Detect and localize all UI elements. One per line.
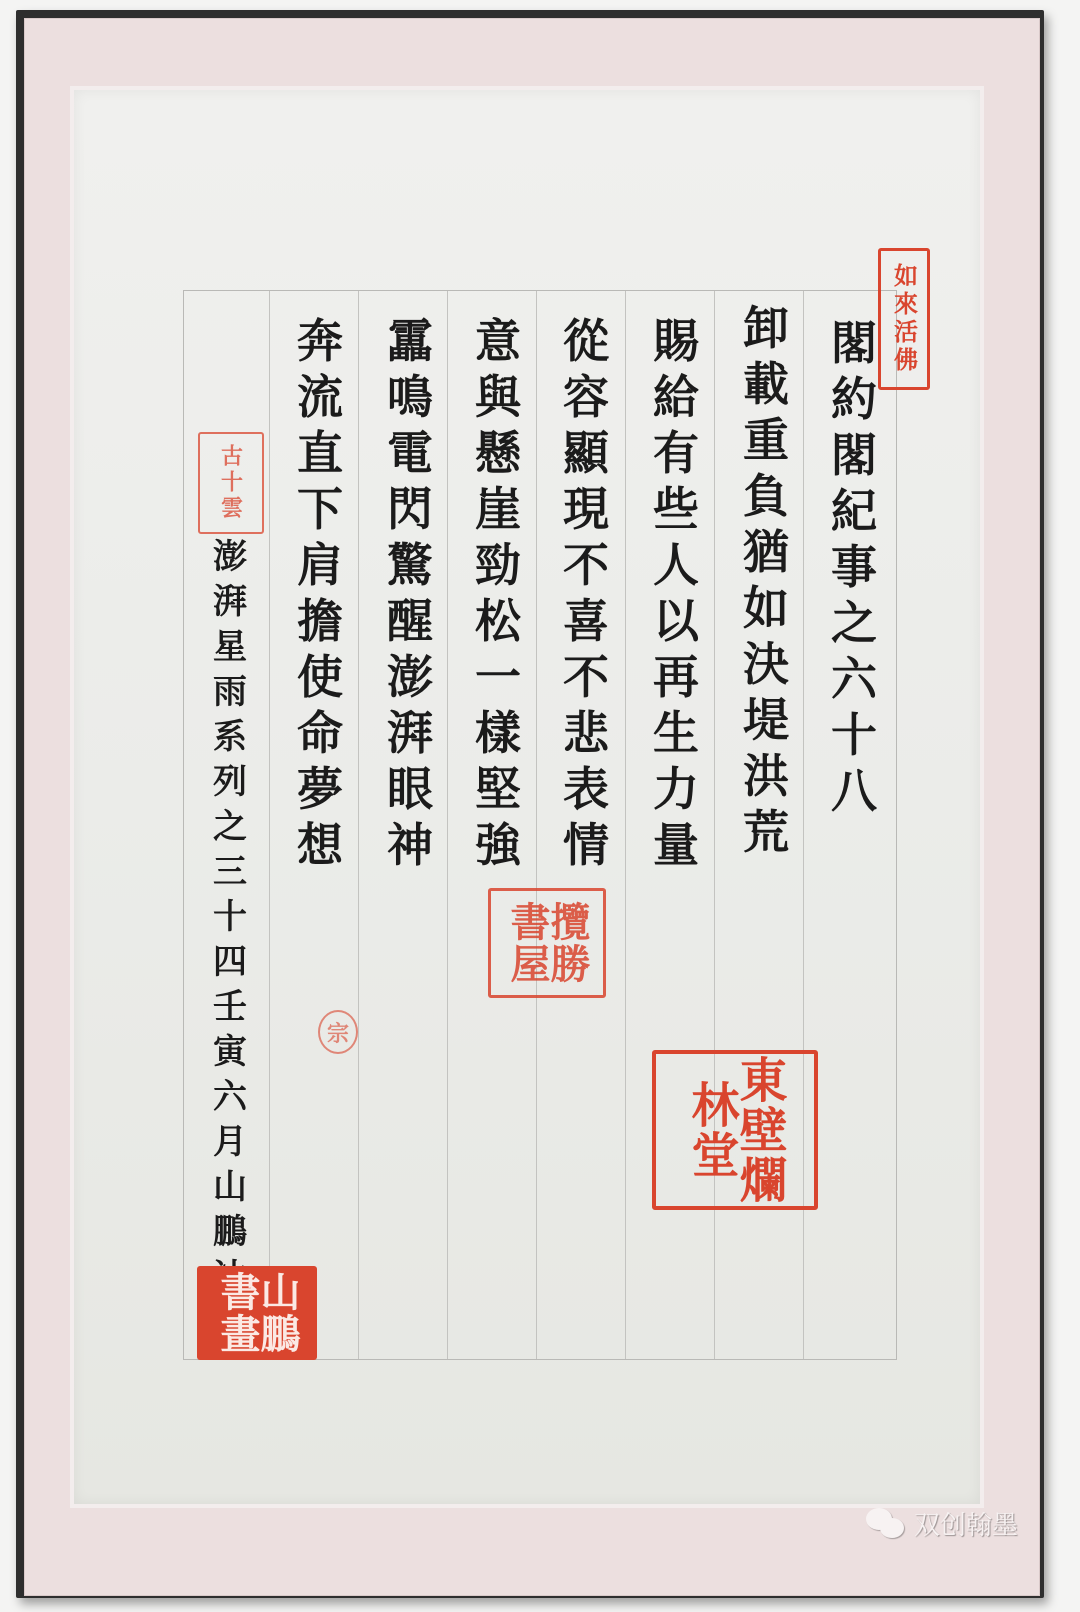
calligraphy-char: 閣 xyxy=(831,320,877,376)
calligraphy-char: 肩 xyxy=(297,542,343,598)
calligraphy-char: 樣 xyxy=(475,710,521,766)
calligraphy-char: 星 xyxy=(213,630,247,675)
calligraphy-char: 電 xyxy=(387,430,433,486)
calligraphy-char: 意 xyxy=(475,318,521,374)
calligraphy-char: 洪 xyxy=(743,753,789,809)
calligraphy-char: 湃 xyxy=(387,710,433,766)
seal-large-square: 東壁爛林堂 xyxy=(652,1050,818,1210)
text-column-6: 靁鳴電閃驚醒澎湃眼神 xyxy=(380,318,440,878)
seal-mid-left: 古十雲 xyxy=(198,432,264,534)
seal-text: 攬勝書屋 xyxy=(507,893,587,993)
calligraphy-char: 閣 xyxy=(831,432,877,488)
calligraphy-char: 人 xyxy=(653,542,699,598)
calligraphy-char: 些 xyxy=(653,486,699,542)
calligraphy-char: 現 xyxy=(563,486,609,542)
calligraphy-char: 閃 xyxy=(387,486,433,542)
seal-text: 如來活佛 xyxy=(887,263,922,375)
calligraphy-char: 列 xyxy=(213,765,247,810)
calligraphy-char: 六 xyxy=(213,1080,247,1125)
text-column-4: 從容顯現不喜不悲表情 xyxy=(556,318,616,878)
calligraphy-char: 三 xyxy=(213,855,247,900)
calligraphy-char: 澎 xyxy=(387,654,433,710)
calligraphy-char: 再 xyxy=(653,654,699,710)
calligraphy-char: 事 xyxy=(831,544,877,600)
calligraphy-char: 下 xyxy=(297,486,343,542)
seal-small-round: 宗 xyxy=(318,1010,358,1054)
calligraphy-char: 十 xyxy=(831,712,877,768)
seal-bottom-left: 山鵬書畫 xyxy=(197,1266,317,1360)
calligraphy-char: 如 xyxy=(743,585,789,641)
calligraphy-char: 雨 xyxy=(213,675,247,720)
calligraphy-char: 荒 xyxy=(743,809,789,865)
calligraphy-char: 生 xyxy=(653,710,699,766)
calligraphy-char: 流 xyxy=(297,374,343,430)
seal-text: 宗 xyxy=(327,1017,349,1048)
calligraphy-char: 不 xyxy=(563,542,609,598)
calligraphy-char: 十 xyxy=(213,900,247,945)
calligraphy-char: 之 xyxy=(213,810,247,855)
calligraphy-char: 紀 xyxy=(831,488,877,544)
calligraphy-char: 神 xyxy=(387,822,433,878)
calligraphy-char: 量 xyxy=(653,822,699,878)
calligraphy-char: 四 xyxy=(213,945,247,990)
calligraphy-char: 之 xyxy=(831,600,877,656)
calligraphy-char: 堤 xyxy=(743,697,789,753)
grid-line xyxy=(625,291,626,1359)
text-column-5: 意與懸崖勁松一樣堅強 xyxy=(468,318,528,878)
calligraphy-char: 崖 xyxy=(475,486,521,542)
calligraphy-char: 驚 xyxy=(387,542,433,598)
calligraphy-char: 從 xyxy=(563,318,609,374)
calligraphy-char: 八 xyxy=(831,768,877,824)
calligraphy-char: 勁 xyxy=(475,542,521,598)
grid-line xyxy=(358,291,359,1359)
text-column-3: 賜給有些人以再生力量 xyxy=(646,318,706,878)
calligraphy-char: 重 xyxy=(743,417,789,473)
calligraphy-char: 賜 xyxy=(653,318,699,374)
calligraphy-char: 鵬 xyxy=(213,1215,247,1260)
calligraphy-char: 松 xyxy=(475,598,521,654)
calligraphy-char: 表 xyxy=(563,766,609,822)
calligraphy-char: 強 xyxy=(475,822,521,878)
seal-top-right: 如來活佛 xyxy=(878,248,930,390)
watermark-text: 双创翰墨 xyxy=(914,1505,1018,1542)
calligraphy-char: 湃 xyxy=(213,585,247,630)
grid-line xyxy=(536,291,537,1359)
calligraphy-char: 與 xyxy=(475,374,521,430)
signature-column: 澎湃星雨系列之三十四壬寅六月山鵬沐手 xyxy=(205,540,255,1350)
calligraphy-char: 使 xyxy=(297,654,343,710)
grid-line xyxy=(269,291,270,1359)
calligraphy-char: 堅 xyxy=(475,766,521,822)
calligraphy-char: 奔 xyxy=(297,318,343,374)
calligraphy-char: 顯 xyxy=(563,430,609,486)
calligraphy-char: 情 xyxy=(563,822,609,878)
seal-text: 古十雲 xyxy=(216,444,247,522)
calligraphy-char: 懸 xyxy=(475,430,521,486)
calligraphy-char: 有 xyxy=(653,430,699,486)
calligraphy-char: 命 xyxy=(297,710,343,766)
calligraphy-char: 直 xyxy=(297,430,343,486)
calligraphy-char: 擔 xyxy=(297,598,343,654)
seal-center: 攬勝書屋 xyxy=(488,888,606,998)
calligraphy-char: 鳴 xyxy=(387,374,433,430)
calligraphy-char: 約 xyxy=(831,376,877,432)
calligraphy-char: 眼 xyxy=(387,766,433,822)
calligraphy-char: 想 xyxy=(297,822,343,878)
watermark: 双创翰墨 xyxy=(866,1505,1018,1542)
text-column-1: 閣約閣紀事之六十八 xyxy=(824,320,884,824)
calligraphy-char: 猶 xyxy=(743,529,789,585)
calligraphy-char: 醒 xyxy=(387,598,433,654)
calligraphy-char: 六 xyxy=(831,656,877,712)
calligraphy-char: 一 xyxy=(475,654,521,710)
calligraphy-char: 系 xyxy=(213,720,247,765)
calligraphy-char: 力 xyxy=(653,766,699,822)
calligraphy-char: 不 xyxy=(563,654,609,710)
text-column-2: 卸載重負猶如決堤洪荒 xyxy=(736,305,796,865)
calligraphy-char: 澎 xyxy=(213,540,247,585)
calligraphy-char: 山 xyxy=(213,1170,247,1215)
seal-text: 山鵬書畫 xyxy=(217,1269,297,1357)
calligraphy-char: 給 xyxy=(653,374,699,430)
calligraphy-char: 以 xyxy=(653,598,699,654)
calligraphy-char: 夢 xyxy=(297,766,343,822)
calligraphy-char: 容 xyxy=(563,374,609,430)
grid-line xyxy=(447,291,448,1359)
calligraphy-char: 卸 xyxy=(743,305,789,361)
calligraphy-char: 載 xyxy=(743,361,789,417)
wechat-icon xyxy=(866,1508,906,1540)
calligraphy-char: 寅 xyxy=(213,1035,247,1080)
text-column-7: 奔流直下肩擔使命夢想 xyxy=(290,318,350,878)
calligraphy-char: 壬 xyxy=(213,990,247,1035)
calligraphy-char: 決 xyxy=(743,641,789,697)
seal-text: 東壁爛林堂 xyxy=(687,1055,783,1205)
calligraphy-char: 負 xyxy=(743,473,789,529)
calligraphy-char: 喜 xyxy=(563,598,609,654)
calligraphy-char: 月 xyxy=(213,1125,247,1170)
calligraphy-char: 悲 xyxy=(563,710,609,766)
calligraphy-char: 靁 xyxy=(387,318,433,374)
